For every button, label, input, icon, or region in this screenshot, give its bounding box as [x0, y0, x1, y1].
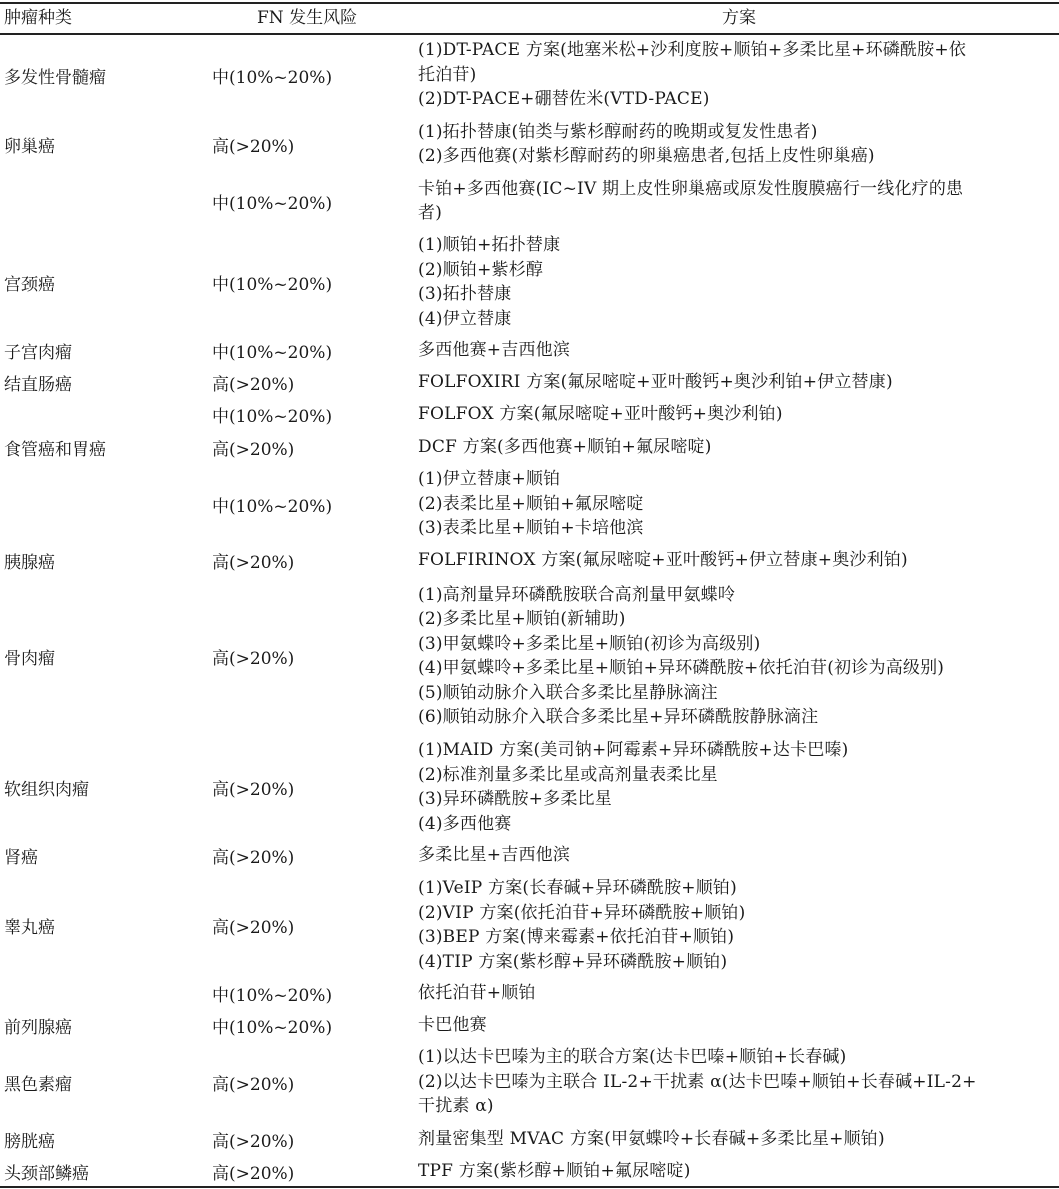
regimen-line: 者)	[418, 201, 963, 226]
regimen-line: (4)甲氨蝶呤+多柔比星+顺铂+异环磷酰胺+依托泊苷(初诊为高级别)	[418, 656, 944, 681]
table-row: 中(10%~20%)FOLFOX 方案(氟尿嘧啶+亚叶酸钙+奥沙利铂)	[0, 399, 1059, 430]
table-row: 子宫肉瘤中(10%~20%)多西他赛+吉西他滨	[0, 335, 1059, 366]
regimen-line: (6)顺铂动脉介入联合多柔比星+异环磷酰胺静脉滴注	[418, 705, 944, 730]
regimen-line: FOLFOX 方案(氟尿嘧啶+亚叶酸钙+奥沙利铂)	[418, 402, 783, 427]
fn-risk-cell: 中(10%~20%)	[212, 35, 412, 115]
tumor-type-cell	[4, 173, 204, 229]
tumor-type-cell: 卵巢癌	[4, 116, 204, 172]
tumor-type-cell: 软组织肉瘤	[4, 735, 204, 839]
table-top-rule	[0, 2, 1059, 4]
regimen-cell: TPF 方案(紫杉醇+顺铂+氟尿嘧啶)	[418, 1156, 1054, 1187]
regimen-cell: (1)MAID 方案(美司钠+阿霉素+异环磷酰胺+达卡巴嗪)(2)标准剂量多柔比…	[418, 735, 1054, 839]
tumor-type-cell: 睾丸癌	[4, 873, 204, 977]
regimen-line: (1)VeIP 方案(长春碱+异环磷酰胺+顺铂)	[418, 876, 745, 901]
fn-risk-cell: 中(10%~20%)	[212, 173, 412, 229]
fn-risk-cell: 高(>20%)	[212, 431, 412, 463]
fn-risk-cell: 高(>20%)	[212, 735, 412, 839]
regimen-cell: (1)以达卡巴嗪为主的联合方案(达卡巴嗪+顺铂+长春碱)(2)以达卡巴嗪为主联合…	[418, 1042, 1054, 1122]
table-bottom-rule	[0, 1186, 1059, 1188]
table-row: 骨肉瘤高(>20%)(1)高剂量异环磷酰胺联合高剂量甲氨蝶呤(2)多柔比星+顺铂…	[0, 578, 1059, 734]
regimen-line: 多柔比星+吉西他滨	[418, 843, 570, 868]
regimen-cell: FOLFIRINOX 方案(氟尿嘧啶+亚叶酸钙+伊立替康+奥沙利铂)	[418, 545, 1054, 576]
regimen-line: 卡巴他赛	[418, 1013, 487, 1038]
table-row: 中(10%~20%)(1)伊立替康+顺铂(2)表柔比星+顺铂+氟尿嘧啶(3)表柔…	[0, 464, 1059, 544]
regimen-lines: (1)拓扑替康(铂类与紫杉醇耐药的晚期或复发性患者)(2)多西他赛(对紫杉醇耐药…	[418, 120, 875, 169]
regimen-line: FOLFOXIRI 方案(氟尿嘧啶+亚叶酸钙+奥沙利铂+伊立替康)	[418, 370, 893, 395]
regimen-lines: 依托泊苷+顺铂	[418, 981, 536, 1006]
regimen-line: (3)拓扑替康	[418, 282, 560, 307]
table-row: 食管癌和胃癌高(>20%)DCF 方案(多西他赛+顺铂+氟尿嘧啶)	[0, 431, 1059, 463]
regimen-lines: 卡巴他赛	[418, 1013, 487, 1038]
fn-risk-cell: 高(>20%)	[212, 578, 412, 734]
regimen-cell: (1)顺铂+拓扑替康(2)顺铂+紫杉醇(3)拓扑替康(4)伊立替康	[418, 230, 1054, 334]
tumor-type-cell: 食管癌和胃癌	[4, 431, 204, 463]
regimen-line: (2)标准剂量多柔比星或高剂量表柔比星	[418, 763, 849, 788]
tumor-type-cell: 黑色素瘤	[4, 1042, 204, 1122]
regimen-cell: (1)拓扑替康(铂类与紫杉醇耐药的晚期或复发性患者)(2)多西他赛(对紫杉醇耐药…	[418, 116, 1054, 172]
regimen-cell: 剂量密集型 MVAC 方案(甲氨蝶呤+长春碱+多柔比星+顺铂)	[418, 1123, 1054, 1155]
regimen-line: (4)伊立替康	[418, 307, 560, 332]
regimen-line: 依托泊苷+顺铂	[418, 981, 536, 1006]
table-row: 睾丸癌高(>20%)(1)VeIP 方案(长春碱+异环磷酰胺+顺铂)(2)VIP…	[0, 873, 1059, 977]
regimen-line: (2)顺铂+紫杉醇	[418, 258, 560, 283]
tumor-type-cell: 宫颈癌	[4, 230, 204, 334]
fn-risk-cell: 中(10%~20%)	[212, 1010, 412, 1041]
table-row: 肾癌高(>20%)多柔比星+吉西他滨	[0, 840, 1059, 871]
fn-risk-cell: 中(10%~20%)	[212, 230, 412, 334]
regimen-line: (3)甲氨蝶呤+多柔比星+顺铂(初诊为高级别)	[418, 632, 944, 657]
header-tumor-type: 肿瘤种类	[4, 5, 72, 31]
tumor-type-cell: 前列腺癌	[4, 1010, 204, 1041]
table-row: 中(10%~20%)依托泊苷+顺铂	[0, 978, 1059, 1009]
regimen-lines: (1)DT-PACE 方案(地塞米松+沙利度胺+顺铂+多柔比星+环磷酰胺+依托泊…	[418, 38, 966, 112]
fn-risk-cell: 高(>20%)	[212, 1156, 412, 1187]
regimen-cell: FOLFOXIRI 方案(氟尿嘧啶+亚叶酸钙+奥沙利铂+伊立替康)	[418, 367, 1054, 398]
regimen-lines: 卡铂+多西他赛(IC~IV 期上皮性卵巢癌或原发性腹膜癌行一线化疗的患者)	[418, 177, 963, 226]
regimen-lines: FOLFOXIRI 方案(氟尿嘧啶+亚叶酸钙+奥沙利铂+伊立替康)	[418, 370, 893, 395]
regimen-line: (4)TIP 方案(紫杉醇+异环磷酰胺+顺铂)	[418, 950, 745, 975]
table-row: 胰腺癌高(>20%)FOLFIRINOX 方案(氟尿嘧啶+亚叶酸钙+伊立替康+奥…	[0, 545, 1059, 576]
regimen-line: (1)顺铂+拓扑替康	[418, 233, 560, 258]
regimen-line: (1)拓扑替康(铂类与紫杉醇耐药的晚期或复发性患者)	[418, 120, 875, 145]
fn-risk-cell: 中(10%~20%)	[212, 335, 412, 366]
regimen-line: TPF 方案(紫杉醇+顺铂+氟尿嘧啶)	[418, 1159, 691, 1184]
regimen-lines: (1)以达卡巴嗪为主的联合方案(达卡巴嗪+顺铂+长春碱)(2)以达卡巴嗪为主联合…	[418, 1045, 977, 1119]
tumor-type-cell: 骨肉瘤	[4, 578, 204, 734]
fn-risk-cell: 中(10%~20%)	[212, 399, 412, 430]
fn-risk-cell: 高(>20%)	[212, 545, 412, 576]
fn-risk-cell: 高(>20%)	[212, 1123, 412, 1155]
regimen-lines: (1)伊立替康+顺铂(2)表柔比星+顺铂+氟尿嘧啶(3)表柔比星+顺铂+卡培他滨	[418, 467, 644, 541]
regimen-lines: (1)VeIP 方案(长春碱+异环磷酰胺+顺铂)(2)VIP 方案(依托泊苷+异…	[418, 876, 745, 974]
regimen-line: (2)以达卡巴嗪为主联合 IL-2+干扰素 α(达卡巴嗪+顺铂+长春碱+IL-2…	[418, 1070, 977, 1095]
header-regimen: 方案	[722, 5, 756, 31]
table-row: 头颈部鳞癌高(>20%)TPF 方案(紫杉醇+顺铂+氟尿嘧啶)	[0, 1156, 1059, 1187]
regimen-line: (2)VIP 方案(依托泊苷+异环磷酰胺+顺铂)	[418, 901, 745, 926]
regimen-lines: FOLFIRINOX 方案(氟尿嘧啶+亚叶酸钙+伊立替康+奥沙利铂)	[418, 548, 908, 573]
table-row: 中(10%~20%)卡铂+多西他赛(IC~IV 期上皮性卵巢癌或原发性腹膜癌行一…	[0, 173, 1059, 229]
tumor-type-cell: 胰腺癌	[4, 545, 204, 576]
regimen-line: 卡铂+多西他赛(IC~IV 期上皮性卵巢癌或原发性腹膜癌行一线化疗的患	[418, 177, 963, 202]
regimen-cell: 卡巴他赛	[418, 1010, 1054, 1041]
regimen-lines: 剂量密集型 MVAC 方案(甲氨蝶呤+长春碱+多柔比星+顺铂)	[418, 1127, 885, 1152]
regimen-cell: (1)VeIP 方案(长春碱+异环磷酰胺+顺铂)(2)VIP 方案(依托泊苷+异…	[418, 873, 1054, 977]
regimen-line: 剂量密集型 MVAC 方案(甲氨蝶呤+长春碱+多柔比星+顺铂)	[418, 1127, 885, 1152]
fn-risk-cell: 高(>20%)	[212, 1042, 412, 1122]
regimen-line: (3)表柔比星+顺铂+卡培他滨	[418, 516, 644, 541]
table-row: 宫颈癌中(10%~20%)(1)顺铂+拓扑替康(2)顺铂+紫杉醇(3)拓扑替康(…	[0, 230, 1059, 334]
regimen-lines: DCF 方案(多西他赛+顺铂+氟尿嘧啶)	[418, 435, 712, 460]
table-row: 卵巢癌高(>20%)(1)拓扑替康(铂类与紫杉醇耐药的晚期或复发性患者)(2)多…	[0, 116, 1059, 172]
regimen-cell: (1)高剂量异环磷酰胺联合高剂量甲氨蝶呤(2)多柔比星+顺铂(新辅助)(3)甲氨…	[418, 578, 1054, 734]
regimen-line: (2)表柔比星+顺铂+氟尿嘧啶	[418, 492, 644, 517]
regimen-line: (2)DT-PACE+硼替佐米(VTD-PACE)	[418, 87, 966, 112]
regimen-line: (4)多西他赛	[418, 812, 849, 837]
tumor-type-cell	[4, 978, 204, 1009]
tumor-type-cell: 多发性骨髓瘤	[4, 35, 204, 115]
table-row: 黑色素瘤高(>20%)(1)以达卡巴嗪为主的联合方案(达卡巴嗪+顺铂+长春碱)(…	[0, 1042, 1059, 1122]
fn-risk-cell: 高(>20%)	[212, 840, 412, 871]
header-fn-risk: FN 发生风险	[257, 5, 357, 31]
table-row: 多发性骨髓瘤中(10%~20%)(1)DT-PACE 方案(地塞米松+沙利度胺+…	[0, 35, 1059, 115]
regimen-line: (3)异环磷酰胺+多柔比星	[418, 787, 849, 812]
regimen-cell: 多柔比星+吉西他滨	[418, 840, 1054, 871]
tumor-type-cell: 子宫肉瘤	[4, 335, 204, 366]
fn-risk-cell: 高(>20%)	[212, 873, 412, 977]
tumor-type-cell	[4, 464, 204, 544]
regimen-lines: FOLFOX 方案(氟尿嘧啶+亚叶酸钙+奥沙利铂)	[418, 402, 783, 427]
tumor-type-cell	[4, 399, 204, 430]
table-row: 软组织肉瘤高(>20%)(1)MAID 方案(美司钠+阿霉素+异环磷酰胺+达卡巴…	[0, 735, 1059, 839]
tumor-type-cell: 肾癌	[4, 840, 204, 871]
regimen-cell: DCF 方案(多西他赛+顺铂+氟尿嘧啶)	[418, 431, 1054, 463]
tumor-type-cell: 头颈部鳞癌	[4, 1156, 204, 1187]
regimen-cell: 依托泊苷+顺铂	[418, 978, 1054, 1009]
table-row: 前列腺癌中(10%~20%)卡巴他赛	[0, 1010, 1059, 1041]
regimen-line: FOLFIRINOX 方案(氟尿嘧啶+亚叶酸钙+伊立替康+奥沙利铂)	[418, 548, 908, 573]
regimen-lines: TPF 方案(紫杉醇+顺铂+氟尿嘧啶)	[418, 1159, 691, 1184]
tumor-type-cell: 结直肠癌	[4, 367, 204, 398]
tumor-type-cell: 膀胱癌	[4, 1123, 204, 1155]
regimen-lines: 多柔比星+吉西他滨	[418, 843, 570, 868]
regimen-line: (1)MAID 方案(美司钠+阿霉素+异环磷酰胺+达卡巴嗪)	[418, 738, 849, 763]
fn-risk-cell: 中(10%~20%)	[212, 978, 412, 1009]
table-row: 膀胱癌高(>20%)剂量密集型 MVAC 方案(甲氨蝶呤+长春碱+多柔比星+顺铂…	[0, 1123, 1059, 1155]
table-row: 结直肠癌高(>20%)FOLFOXIRI 方案(氟尿嘧啶+亚叶酸钙+奥沙利铂+伊…	[0, 367, 1059, 398]
regimen-line: (1)高剂量异环磷酰胺联合高剂量甲氨蝶呤	[418, 583, 944, 608]
regimen-cell: FOLFOX 方案(氟尿嘧啶+亚叶酸钙+奥沙利铂)	[418, 399, 1054, 430]
regimen-cell: (1)伊立替康+顺铂(2)表柔比星+顺铂+氟尿嘧啶(3)表柔比星+顺铂+卡培他滨	[418, 464, 1054, 544]
regimen-lines: (1)顺铂+拓扑替康(2)顺铂+紫杉醇(3)拓扑替康(4)伊立替康	[418, 233, 560, 331]
regimen-lines: (1)高剂量异环磷酰胺联合高剂量甲氨蝶呤(2)多柔比星+顺铂(新辅助)(3)甲氨…	[418, 583, 944, 730]
regimen-lines: 多西他赛+吉西他滨	[418, 338, 570, 363]
fn-risk-cell: 高(>20%)	[212, 116, 412, 172]
regimen-line: (3)BEP 方案(博来霉素+依托泊苷+顺铂)	[418, 925, 745, 950]
regimen-line: (1)伊立替康+顺铂	[418, 467, 644, 492]
regimen-line: 托泊苷)	[418, 63, 966, 88]
regimen-cell: 卡铂+多西他赛(IC~IV 期上皮性卵巢癌或原发性腹膜癌行一线化疗的患者)	[418, 173, 1054, 229]
regimen-cell: 多西他赛+吉西他滨	[418, 335, 1054, 366]
fn-risk-cell: 高(>20%)	[212, 367, 412, 398]
regimen-line: (1)以达卡巴嗪为主的联合方案(达卡巴嗪+顺铂+长春碱)	[418, 1045, 977, 1070]
fn-risk-cell: 中(10%~20%)	[212, 464, 412, 544]
regimen-line: 干扰素 α)	[418, 1094, 977, 1119]
regimen-lines: (1)MAID 方案(美司钠+阿霉素+异环磷酰胺+达卡巴嗪)(2)标准剂量多柔比…	[418, 738, 849, 836]
regimen-line: (5)顺铂动脉介入联合多柔比星静脉滴注	[418, 681, 944, 706]
regimen-line: (2)多西他赛(对紫杉醇耐药的卵巢癌患者,包括上皮性卵巢癌)	[418, 144, 875, 169]
regimen-line: 多西他赛+吉西他滨	[418, 338, 570, 363]
regimen-line: DCF 方案(多西他赛+顺铂+氟尿嘧啶)	[418, 435, 712, 460]
regimen-line: (2)多柔比星+顺铂(新辅助)	[418, 607, 944, 632]
regimen-line: (1)DT-PACE 方案(地塞米松+沙利度胺+顺铂+多柔比星+环磷酰胺+依	[418, 38, 966, 63]
regimen-cell: (1)DT-PACE 方案(地塞米松+沙利度胺+顺铂+多柔比星+环磷酰胺+依托泊…	[418, 35, 1054, 115]
